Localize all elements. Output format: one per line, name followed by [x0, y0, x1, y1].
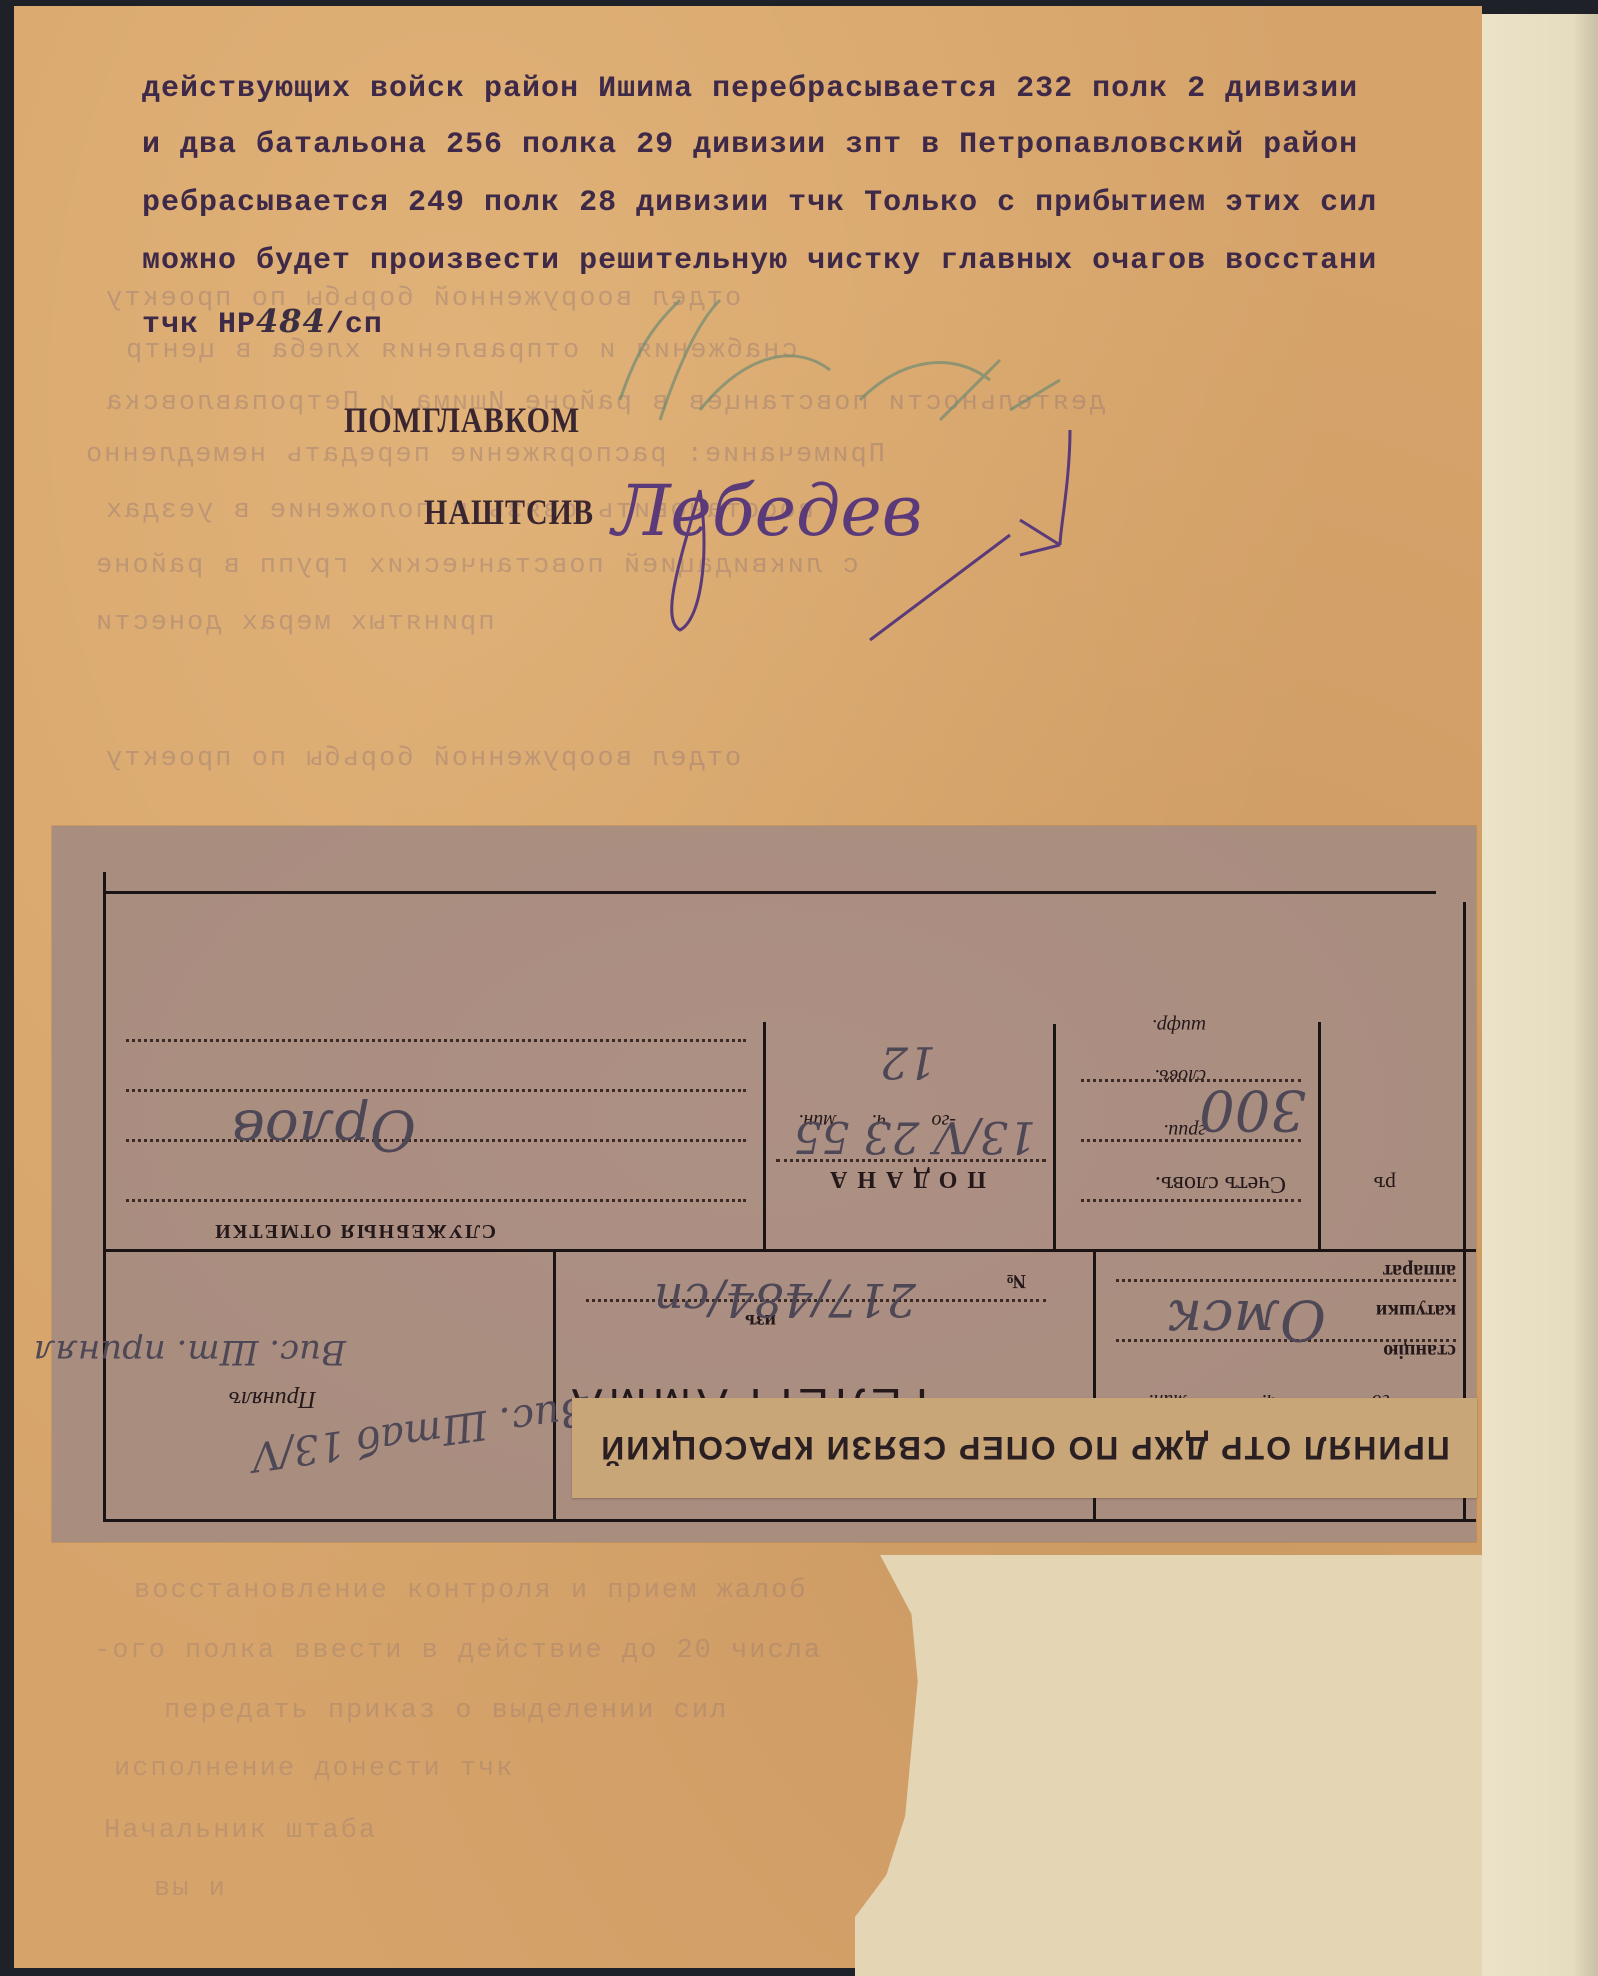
- word-count-value: 300: [1199, 1077, 1306, 1142]
- ghost-text-line: передать приказ о выделении сил: [164, 1696, 728, 1726]
- ghost-text-line: деятельности повстанцев в районе Ишима и…: [104, 388, 1105, 418]
- telegram-number-value: 217/484/сп: [654, 1273, 916, 1327]
- ghost-text-line: принятых мерах донести: [94, 608, 494, 638]
- ghost-text-line: -ого полка ввести в действие до 20 числа: [94, 1636, 822, 1666]
- station-label: станцію: [1383, 1339, 1456, 1362]
- ghost-text-line: восстановление контроля и прием жалоб: [134, 1576, 808, 1606]
- apparatus-label: аппарат: [1383, 1259, 1456, 1282]
- typed-line-5: тчк НР484/сп: [142, 302, 383, 342]
- word-count-field-3: шифр.: [1152, 1014, 1206, 1037]
- typed-line-5-text: тчк НР: [142, 308, 256, 342]
- coil-label: катушки: [1376, 1299, 1456, 1322]
- ghost-text-line: с ликвидацией повстанческих групп в райо…: [94, 551, 859, 581]
- receipt-stamp-text: ПРИНЯЛ ОТР ДЖР ПО ОПЕР СВЯЗИ КРАСОЦКИЙ: [572, 1398, 1477, 1498]
- submitted-label: ПОДАНА: [820, 1165, 986, 1192]
- service-marks-value: Орлов: [232, 1097, 416, 1162]
- ghost-text-line: вы и: [154, 1874, 227, 1904]
- handwritten-signature: Лебедев: [612, 470, 923, 552]
- submitted-extra: 12: [880, 1036, 936, 1087]
- cream-backing-sheet: [1470, 14, 1598, 1976]
- station-value: Омск: [1169, 1287, 1326, 1352]
- received-label: Принялъ: [229, 1385, 316, 1412]
- ghost-text-line: отдел вооруженной борьбы по проекту: [104, 744, 741, 774]
- typed-line-4: можно будет произвести решительную чистк…: [142, 244, 1377, 278]
- word-count-label: Счетъ словъ.: [1155, 1170, 1286, 1197]
- ghost-text-line: Начальник штаба: [104, 1816, 377, 1846]
- ghost-text-line: Примечание: распоряжение передать немедл…: [84, 440, 885, 470]
- number-label: №: [1006, 1269, 1026, 1292]
- submitted-value: 13/V 23 55: [793, 1111, 1036, 1162]
- title-pomglavkom: ПОМГЛАВКОМ: [344, 401, 580, 442]
- typed-line-2: и два батальона 256 полка 29 дивизии зпт…: [142, 128, 1358, 162]
- title-nashtsiv: НАШТСИВ: [424, 493, 594, 534]
- order-suffix: /сп: [326, 308, 383, 342]
- receipt-stamp-strip: ПРИНЯЛ ОТР ДЖР ПО ОПЕР СВЯЗИ КРАСОЦКИЙ: [572, 1398, 1477, 1498]
- torn-corner-reveal: [855, 1555, 1482, 1976]
- ghost-text-line: исполнение донести тчк: [114, 1754, 514, 1784]
- margin-mark: ръ: [1374, 1171, 1396, 1197]
- typed-line-3: ребрасывается 249 полк 28 дивизии тчк То…: [142, 186, 1377, 220]
- order-number-handwritten: 484: [256, 302, 326, 340]
- service-marks-label: СЛУЖЕБНЫЯ ОТМЕТКИ: [213, 1219, 496, 1242]
- typed-line-1: действующих войск район Ишима перебрасыв…: [142, 72, 1358, 106]
- received-value: Вис. Шт. принял: [34, 1332, 346, 1372]
